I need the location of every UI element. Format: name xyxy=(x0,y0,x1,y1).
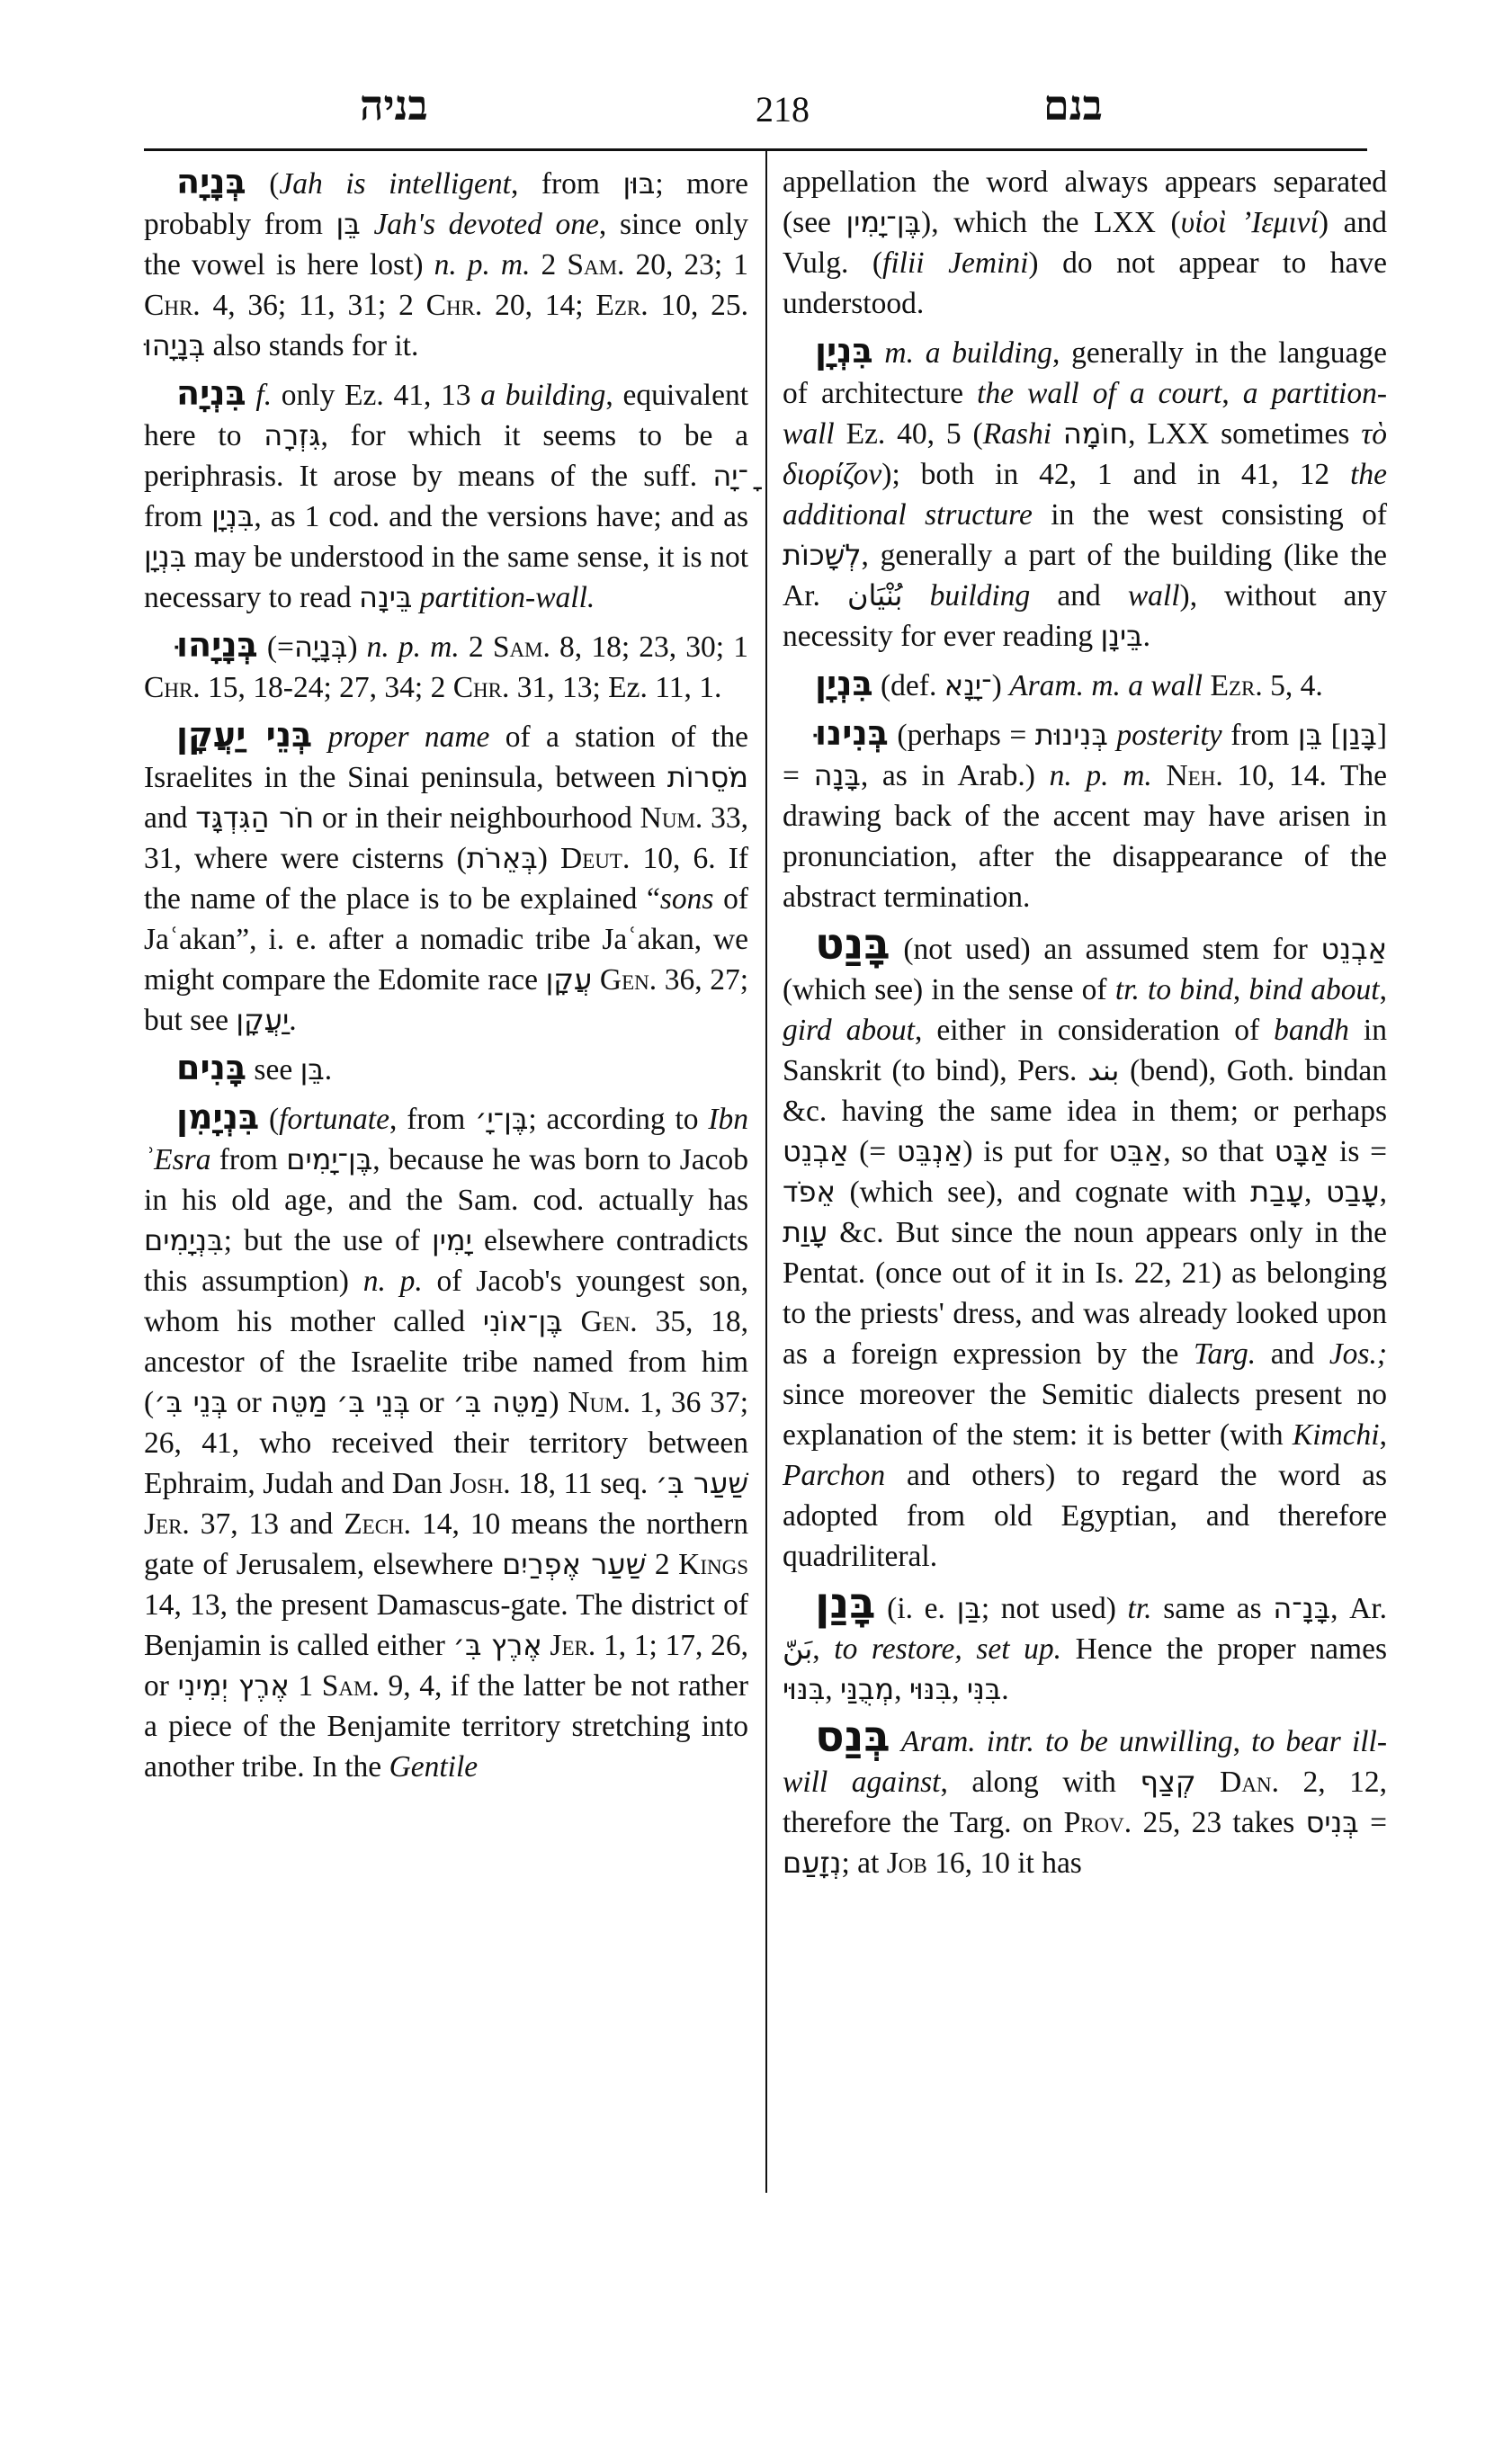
hebrew-word: אַבְנֵט xyxy=(783,1134,848,1168)
book-abbreviation: Sam. xyxy=(322,1669,380,1703)
italic-run: Aram. intr. to be unwilling xyxy=(901,1725,1233,1758)
italic-run: Aram. m. a wall xyxy=(1009,669,1203,702)
text-run: , xyxy=(1380,973,1387,1006)
text-run: , Ar. xyxy=(1330,1592,1387,1625)
hebrew-word: בִּנְיָמִים xyxy=(144,1223,224,1257)
text-run: Ez. 40, 5 ( xyxy=(835,417,983,451)
hebrew-word: בֵּינָה xyxy=(359,580,412,614)
text-run: 16, 10 it has xyxy=(927,1846,1082,1880)
text-run: or in their neighbourhood xyxy=(314,801,640,835)
entry-headword: בִּנְיָמִן xyxy=(176,1097,259,1137)
hebrew-word: בְּנֵי בִּ׳ xyxy=(336,1385,410,1419)
text-run: 2 xyxy=(460,630,493,664)
book-abbreviation: Jer. xyxy=(144,1507,190,1541)
hebrew-word: יָמִין xyxy=(432,1223,472,1257)
hebrew-word: בְּנֵי בִּ׳ xyxy=(154,1385,228,1419)
dictionary-entry: בָּנִים see בֵּן. xyxy=(144,1048,748,1090)
entry-headword: בְּנֵי יַעֲקָן xyxy=(176,715,312,755)
hebrew-word: בִּנְיָן xyxy=(144,540,186,574)
dictionary-entry: בִּנְיָמִן (fortunate, from בֶּן־יָ׳; ac… xyxy=(144,1097,748,1787)
entry-continuation: appellation the word always appears sepa… xyxy=(783,162,1387,324)
text-run: 4, 36; 11, 31; 2 xyxy=(201,289,426,322)
text-run: from xyxy=(1222,719,1298,752)
italic-run: Parchon xyxy=(783,1459,885,1492)
hebrew-word: בְּנָיָה xyxy=(294,630,347,664)
italic-run: Kimchi xyxy=(1293,1418,1380,1452)
running-header: בניה 218 בנם xyxy=(144,81,1367,135)
text-run: 2 xyxy=(646,1548,678,1581)
book-abbreviation: Gen. xyxy=(580,1305,637,1338)
book-abbreviation: Jer. xyxy=(550,1629,595,1662)
text-run: , xyxy=(825,1673,840,1706)
hebrew-word: אַנְבֵּט xyxy=(897,1134,962,1168)
entry-headword: בִּנְיָה xyxy=(176,373,246,413)
text-run: , xyxy=(1380,1176,1387,1209)
text-run: ; but the use of xyxy=(224,1224,432,1257)
text-run: (= xyxy=(848,1135,896,1168)
hebrew-word: בִּנִּי xyxy=(967,1672,1001,1706)
dictionary-entry: בִּנְיָן (def. ־יָנָא) Aram. m. a wall E… xyxy=(783,664,1387,706)
left-column: בְּנָיָה (Jah is intelligent, from בּוּן… xyxy=(144,162,748,1794)
entry-headword: בָּנַט xyxy=(815,919,890,970)
hebrew-word: מֹסֵרוֹת xyxy=(667,760,748,794)
hebrew-word: אֵפֹד xyxy=(783,1175,836,1209)
text-run xyxy=(873,336,885,370)
text-run: = xyxy=(1359,1806,1387,1839)
hebrew-word: עֲקָן xyxy=(546,962,593,997)
book-abbreviation: Chr. xyxy=(144,671,201,704)
book-abbreviation: Kings xyxy=(678,1548,748,1581)
italic-run: tr. xyxy=(1128,1592,1152,1625)
book-abbreviation: Chr. xyxy=(144,289,201,322)
book-abbreviation: Ezr. xyxy=(595,289,648,322)
text-run xyxy=(412,581,419,614)
text-run xyxy=(327,1386,336,1419)
italic-run: n. p. m. xyxy=(1050,759,1152,792)
hebrew-word: נְזָעַם xyxy=(783,1846,841,1880)
entry-headword: בָּנִים xyxy=(176,1048,246,1087)
right-column: appellation the word always appears sepa… xyxy=(783,162,1387,1891)
hebrew-word: בֵּינָן xyxy=(1100,619,1142,653)
book-abbreviation: Gen. xyxy=(600,963,657,997)
text-run: , xyxy=(1233,973,1249,1006)
hebrew-word: חוֹמָה xyxy=(1063,416,1128,451)
italic-run: to restore, set up. xyxy=(834,1632,1061,1666)
text-run: see xyxy=(246,1053,300,1086)
text-run: , xyxy=(1380,1418,1387,1452)
italic-run: n. p. m. xyxy=(434,248,531,282)
text-run: in the west consisting of xyxy=(1033,498,1387,532)
dictionary-entry: בְּנֵי יַעֲקָן proper name of a station … xyxy=(144,715,748,1041)
book-abbreviation: Deut. xyxy=(560,842,630,875)
hebrew-word: עָבַט xyxy=(1326,1175,1380,1209)
text-run: (not used) an assumed stem for xyxy=(890,933,1321,966)
text-run: , xyxy=(812,1632,834,1666)
entry-headword: בְּנַס xyxy=(815,1712,890,1762)
text-run xyxy=(312,720,327,754)
text-run: 15, 18-24; 27, 34; 2 xyxy=(201,671,453,704)
text-run: ; not used) xyxy=(981,1592,1128,1625)
text-run: 5, 4. xyxy=(1263,669,1323,702)
book-abbreviation: Num. xyxy=(640,801,703,835)
text-run: 25, 23 takes xyxy=(1132,1806,1305,1839)
text-run: 20, 14; xyxy=(482,289,595,322)
text-run: 1 xyxy=(290,1669,322,1703)
text-run: , xyxy=(1221,377,1242,410)
text-run xyxy=(1108,719,1117,752)
italic-run: Jah's devoted one xyxy=(373,208,598,241)
text-run: , as 1 cod. and the versions have; and a… xyxy=(254,500,748,533)
hebrew-word: בֵּן xyxy=(336,207,361,241)
text-run: 37, 13 and xyxy=(190,1507,344,1541)
text-run: ) is put for xyxy=(962,1135,1108,1168)
text-run: , xyxy=(1233,1725,1252,1758)
hebrew-word: בַּן xyxy=(957,1591,981,1625)
hebrew-word: בֵּן xyxy=(300,1052,325,1086)
dictionary-entry: בִּנְיָה f. only Ez. 41, 13 a building, … xyxy=(144,373,748,618)
hebrew-word: אֶרֶץ בִּ׳ xyxy=(453,1628,542,1662)
text-run: , xyxy=(952,1673,967,1706)
text-run xyxy=(1152,759,1167,792)
hebrew-word: בִּנּוּי xyxy=(783,1672,825,1706)
italic-run: posterity xyxy=(1116,719,1221,752)
hebrew-word: בּוּן xyxy=(622,166,655,201)
text-run: is = xyxy=(1329,1135,1387,1168)
text-run: , as in Arab.) xyxy=(861,759,1050,792)
text-run: (which see), and cognate with xyxy=(836,1176,1250,1209)
italic-run: filii Jemini xyxy=(882,246,1028,280)
italic-run: bind about xyxy=(1249,973,1380,1006)
page-number: 218 xyxy=(756,88,810,130)
hebrew-word: בָּנָה xyxy=(814,758,861,792)
italic-run: bandh xyxy=(1274,1014,1349,1047)
italic-run: m. a building xyxy=(884,336,1052,370)
arabic-word: بَنّ xyxy=(783,1632,812,1666)
hebrew-word: בֶּן־יָמִין xyxy=(846,205,922,239)
text-run: ; according to xyxy=(528,1103,708,1136)
entry-headword: בְּנִינוּ xyxy=(815,713,889,753)
dictionary-entry: בִּנְיָן m. a building, generally in the… xyxy=(783,331,1387,657)
hebrew-word: בִּנְיָן xyxy=(211,499,254,533)
italic-run: proper name xyxy=(328,720,490,754)
text-run xyxy=(890,1725,901,1758)
book-abbreviation: Sam. xyxy=(567,248,624,282)
hebrew-word: בֵּן xyxy=(1298,718,1322,752)
hebrew-word: בִּנּוּי xyxy=(909,1672,952,1706)
text-run: , xyxy=(1304,1176,1326,1209)
entry-headword: בְּנָיָהוּ xyxy=(176,625,258,665)
header-guide-word-left: בניה xyxy=(360,81,428,130)
italic-run: fortunate xyxy=(279,1103,389,1136)
italic-run: wall xyxy=(1128,579,1180,612)
dictionary-entry: בְּנִינוּ (perhaps = בְּנִינוּת posterit… xyxy=(783,713,1387,917)
text-run: also stands for it. xyxy=(205,329,418,362)
text-run: , so that xyxy=(1163,1135,1275,1168)
text-run: ) xyxy=(992,669,1010,702)
text-run: 10, 25. xyxy=(649,289,748,322)
hebrew-word: בָּנַן xyxy=(1341,718,1377,752)
hebrew-word: מַטֵּה xyxy=(271,1385,327,1419)
italic-run: Targ. xyxy=(1194,1337,1256,1371)
book-abbreviation: Zech. xyxy=(344,1507,411,1541)
text-run xyxy=(1203,669,1210,702)
book-abbreviation: Prov. xyxy=(1064,1806,1132,1839)
text-run: from xyxy=(144,500,211,533)
hebrew-word: ָ־יָה xyxy=(712,459,748,493)
hebrew-word: בֶּן־יָמִים xyxy=(286,1142,372,1176)
text-run xyxy=(1196,1766,1221,1799)
text-run xyxy=(361,208,374,241)
text-run: ) xyxy=(549,1386,568,1419)
italic-run: f. xyxy=(255,379,272,412)
dictionary-entry: בְּנָיָהוּ (=בְּנָיָה) n. p. m. 2 Sam. 8… xyxy=(144,625,748,708)
book-abbreviation: Chr. xyxy=(426,289,483,322)
arabic-word: بند xyxy=(1087,1053,1119,1087)
italic-run: Jos.; xyxy=(1329,1337,1387,1371)
text-run: ) xyxy=(347,630,366,664)
hebrew-word: בְּנָיָהוּ xyxy=(144,328,205,362)
text-run xyxy=(1051,417,1063,451)
hebrew-word: ־יָנָא xyxy=(944,668,992,702)
hebrew-word: אַבָּט xyxy=(1275,1134,1329,1168)
italic-run: Rashi xyxy=(983,417,1051,451)
text-run: or xyxy=(410,1386,453,1419)
hebrew-word: בֶּן־יָ׳ xyxy=(475,1102,528,1136)
hebrew-word: בָּנָ־ה xyxy=(1273,1591,1330,1625)
header-guide-word-right: בנם xyxy=(1043,81,1103,130)
text-run: , from xyxy=(511,167,623,201)
text-run xyxy=(246,379,256,412)
text-run: ) xyxy=(538,842,560,875)
text-run: 20, 23; 1 xyxy=(624,248,748,282)
book-abbreviation: Ezr. xyxy=(1211,669,1263,702)
italic-run: n. p. m. xyxy=(367,630,460,664)
dictionary-entry: בְּנָיָה (Jah is intelligent, from בּוּן… xyxy=(144,162,748,366)
entry-headword: בְּנָיָה xyxy=(176,162,246,201)
text-run: and xyxy=(144,801,195,835)
italic-run: n. p. xyxy=(363,1265,423,1298)
text-run: , along with xyxy=(940,1766,1140,1799)
entry-headword: בָּנַן xyxy=(815,1578,876,1629)
hebrew-word: בְּנִינוּת xyxy=(1035,718,1108,752)
hebrew-word: מַטֵּה בִּ׳ xyxy=(453,1385,550,1419)
hebrew-word: בְּנִיס xyxy=(1306,1805,1359,1839)
text-run: . xyxy=(1143,620,1150,653)
hebrew-word: אַבֵּט xyxy=(1109,1134,1164,1168)
hebrew-word: בֶּן־אוֹנִי xyxy=(483,1304,563,1338)
text-run: 8, 18; 23, 30; 1 xyxy=(550,630,748,664)
text-run: . xyxy=(325,1053,332,1086)
entry-headword: בִּנְיָן xyxy=(815,331,873,371)
hebrew-word: שַׁעַר אֶפְרַיִם xyxy=(502,1547,646,1581)
arabic-word: بُنْيَان xyxy=(847,578,902,612)
italic-run: sons xyxy=(660,882,714,916)
dictionary-entry: בְּנַס Aram. intr. to be unwilling, to b… xyxy=(783,1717,1387,1883)
book-abbreviation: Chr. xyxy=(453,671,510,704)
hebrew-word: אֶרֶץ יְמִינִי xyxy=(178,1668,290,1703)
hebrew-word: קְצַף xyxy=(1140,1765,1195,1799)
text-run: ; at xyxy=(841,1846,886,1880)
hebrew-word: עָוַת xyxy=(783,1215,828,1249)
book-abbreviation: Josh. xyxy=(450,1467,510,1500)
text-run: same as xyxy=(1152,1592,1274,1625)
hebrew-word: בְּאֵרֹת xyxy=(467,841,538,875)
text-run xyxy=(902,579,929,612)
hebrew-word: עָבַת xyxy=(1250,1175,1304,1209)
text-run xyxy=(563,1305,581,1338)
italic-run: Gentile xyxy=(389,1750,479,1784)
text-run: only Ez. 41, 13 xyxy=(272,379,480,412)
dictionary-entry: בָּנַט (not used) an assumed stem for אַ… xyxy=(783,925,1387,1577)
italic-run: partition-wall. xyxy=(420,581,595,614)
italic-run: the wall of a court xyxy=(977,377,1221,410)
book-abbreviation: Sam. xyxy=(493,630,550,664)
book-abbreviation: Job xyxy=(887,1846,927,1880)
text-run: and xyxy=(1256,1337,1329,1371)
italic-run: gird about xyxy=(783,1014,915,1047)
text-run: Hence the proper names xyxy=(1061,1632,1387,1666)
header-rule xyxy=(144,148,1367,151)
dictionary-entry: בָּנַן (i. e. בַּן; not used) tr. same a… xyxy=(783,1584,1387,1710)
book-abbreviation: Dan. xyxy=(1220,1766,1279,1799)
text-run: , xyxy=(894,1673,909,1706)
text-run: , LXX sometimes xyxy=(1128,417,1361,451)
text-run: ), which the LXX ( xyxy=(921,206,1181,239)
column-divider xyxy=(765,151,767,2193)
entry-headword: בִּנְיָן xyxy=(815,664,873,703)
text-run: 18, 11 seq. xyxy=(511,1467,656,1500)
text-run: 2 xyxy=(531,248,568,282)
text-run: 31, 13; Ez. 11, 1. xyxy=(509,671,721,704)
text-run: (= xyxy=(258,630,294,664)
hebrew-word: חֹר הַגִּדְגָּד xyxy=(195,800,314,835)
text-run: and xyxy=(1030,579,1128,612)
text-run xyxy=(592,963,600,997)
text-run: . xyxy=(289,1004,296,1037)
italic-run: a building xyxy=(480,379,605,412)
text-run: , from xyxy=(389,1103,475,1136)
book-abbreviation: Neh. xyxy=(1166,759,1222,792)
text-run: (which see) in the sense of xyxy=(783,973,1115,1006)
italic-run: building xyxy=(930,579,1031,612)
hebrew-word: אַבְנֵט xyxy=(1321,932,1387,966)
text-run: . xyxy=(1001,1673,1008,1706)
hebrew-word: גִּזְרָה xyxy=(264,418,320,452)
book-abbreviation: Num. xyxy=(568,1386,631,1419)
italic-run: υἱοὶ ʼΙεμινί xyxy=(1181,206,1319,239)
text-run: (perhaps = xyxy=(889,719,1035,752)
text-run: , either in consideration of xyxy=(915,1014,1274,1047)
text-run: (i. e. xyxy=(876,1592,957,1625)
hebrew-word: יַעֲקָן xyxy=(236,1003,289,1037)
italic-run: Jah is intelligent xyxy=(279,167,511,201)
hebrew-word: מְבֻנַּי xyxy=(840,1672,894,1706)
text-run: ( xyxy=(259,1103,279,1136)
text-run: [ xyxy=(1322,719,1341,752)
text-run: (def. xyxy=(873,669,944,702)
text-run: ( xyxy=(246,167,280,201)
text-run: or xyxy=(228,1386,271,1419)
text-run: ); both in 42, 1 and in 41, 12 xyxy=(881,458,1350,491)
hebrew-word: שַׁעַר בִּ׳ xyxy=(656,1466,748,1500)
text-run: from xyxy=(210,1143,286,1176)
italic-run: tr. to bind xyxy=(1115,973,1233,1006)
hebrew-word: לְשָׁכוֹת xyxy=(783,538,862,572)
